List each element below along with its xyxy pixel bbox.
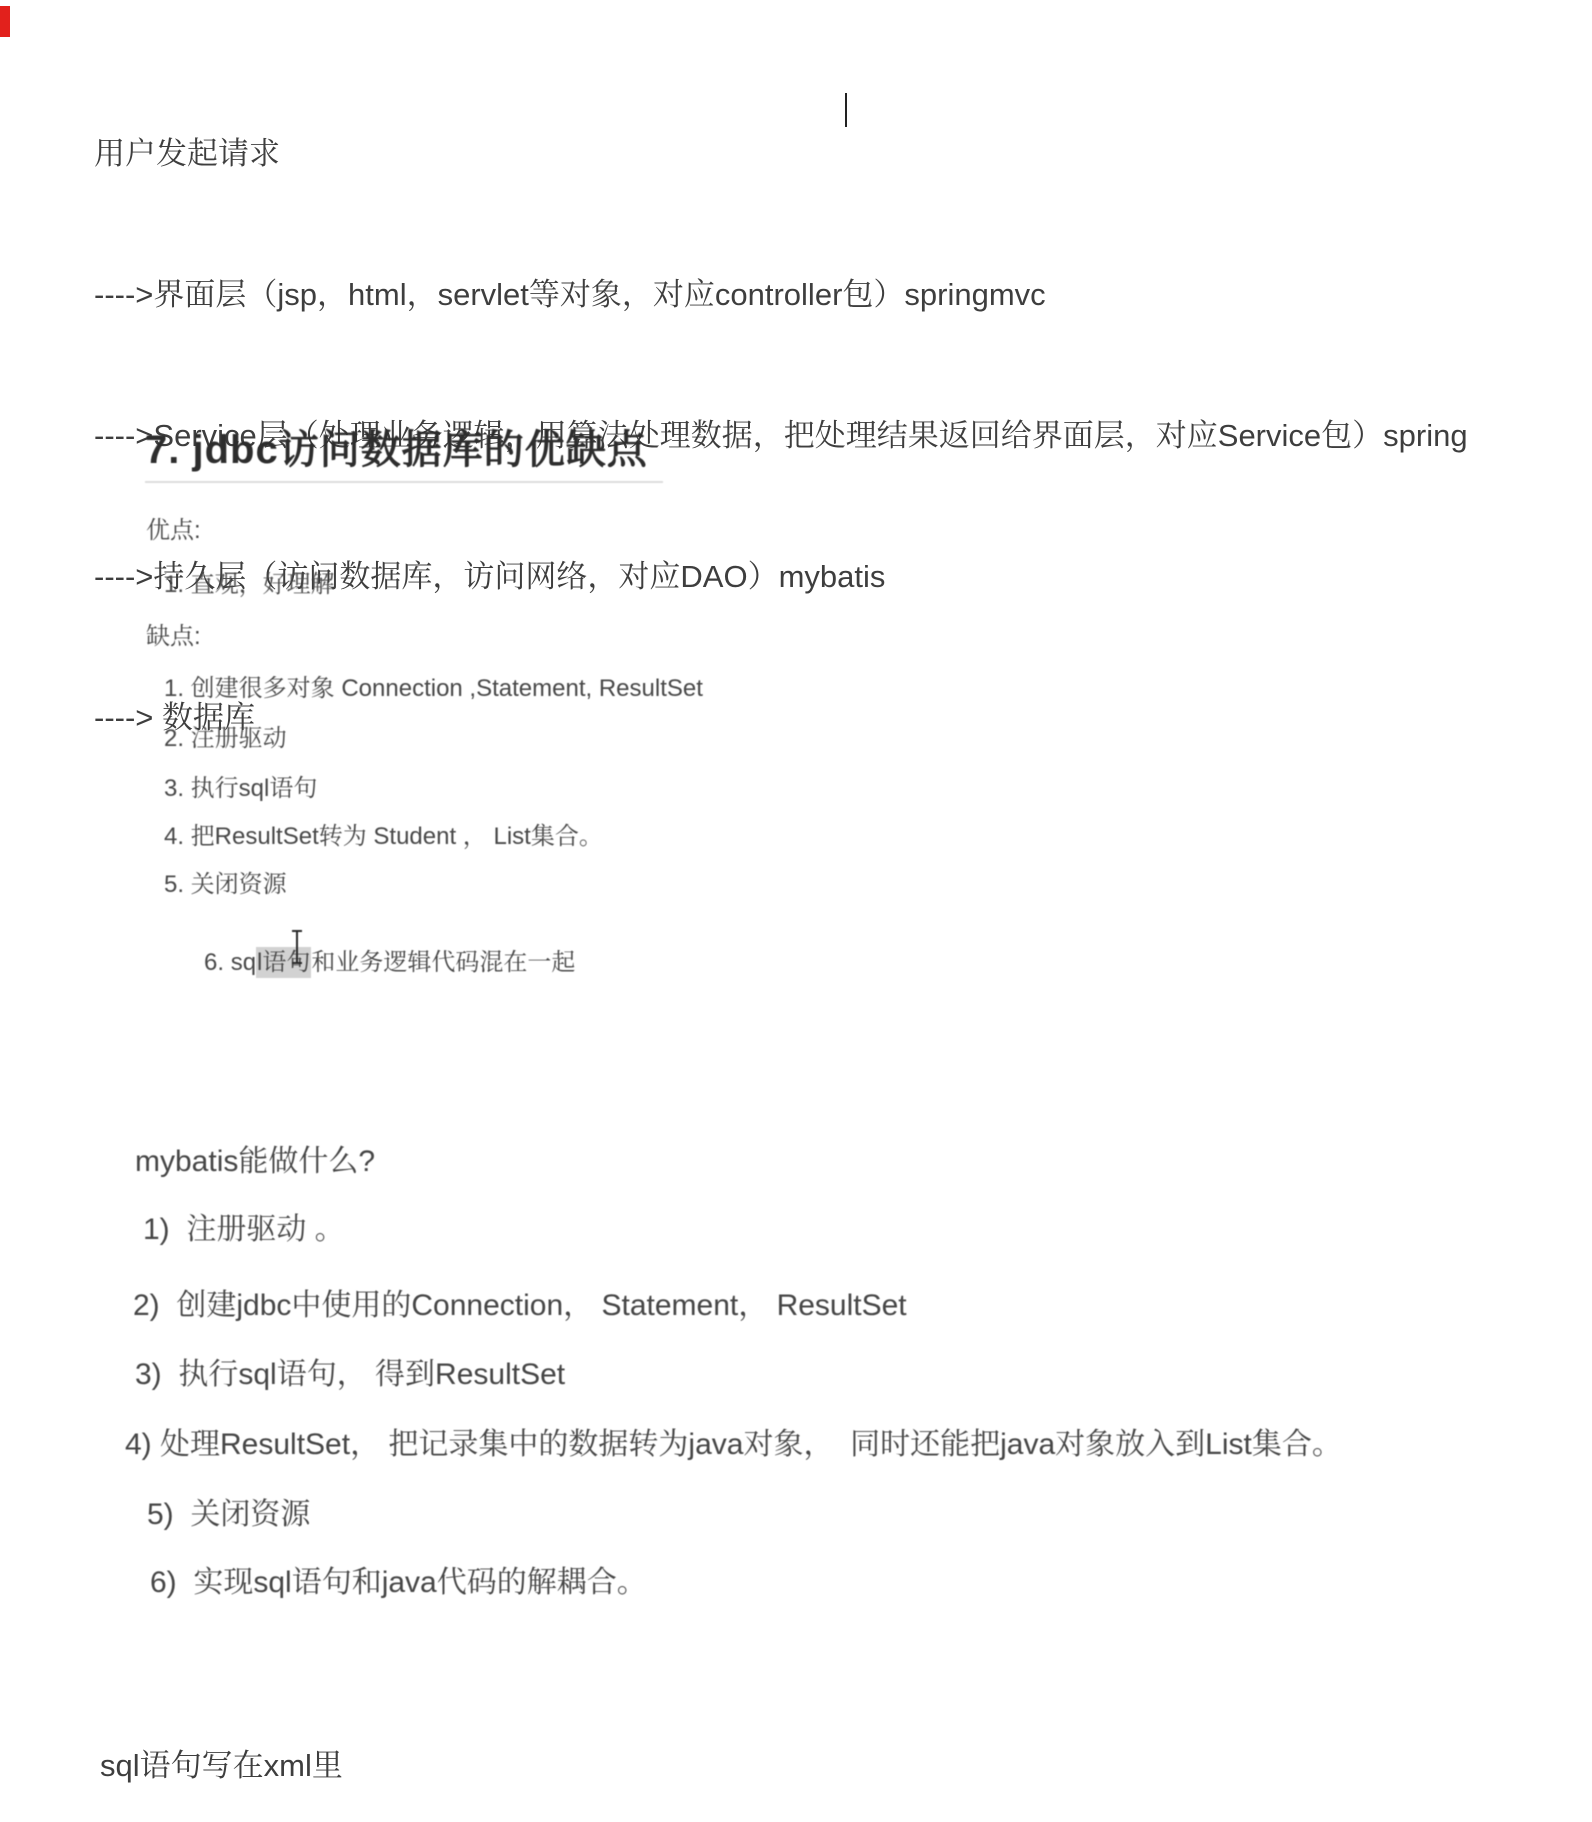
- list-item: 3) 执行sql语句， 得到ResultSet: [135, 1349, 565, 1393]
- list-item: 1) 注册驱动 。: [143, 1204, 345, 1248]
- notes-document[interactable]: 用户发起请求 ---->界面层（jsp，html，servlet等对象，对应co…: [0, 0, 1592, 1822]
- mybatis-abilities-section: mybatis能做什么? 1) 注册驱动 。 2) 创建jdbc中使用的Conn…: [0, 0, 1592, 1822]
- list-item: 4) 处理ResultSet， 把记录集中的数据转为java对象， 同时还能把j…: [125, 1419, 1342, 1463]
- section-title: mybatis能做什么?: [135, 1136, 375, 1180]
- list-item: 6) 实现sql语句和java代码的解耦合。: [150, 1557, 647, 1601]
- list-item: 2) 创建jdbc中使用的Connection， Statement， Resu…: [133, 1280, 907, 1324]
- footer-note: sql语句写在xml里: [100, 1740, 343, 1785]
- list-item: 5) 关闭资源: [147, 1489, 310, 1533]
